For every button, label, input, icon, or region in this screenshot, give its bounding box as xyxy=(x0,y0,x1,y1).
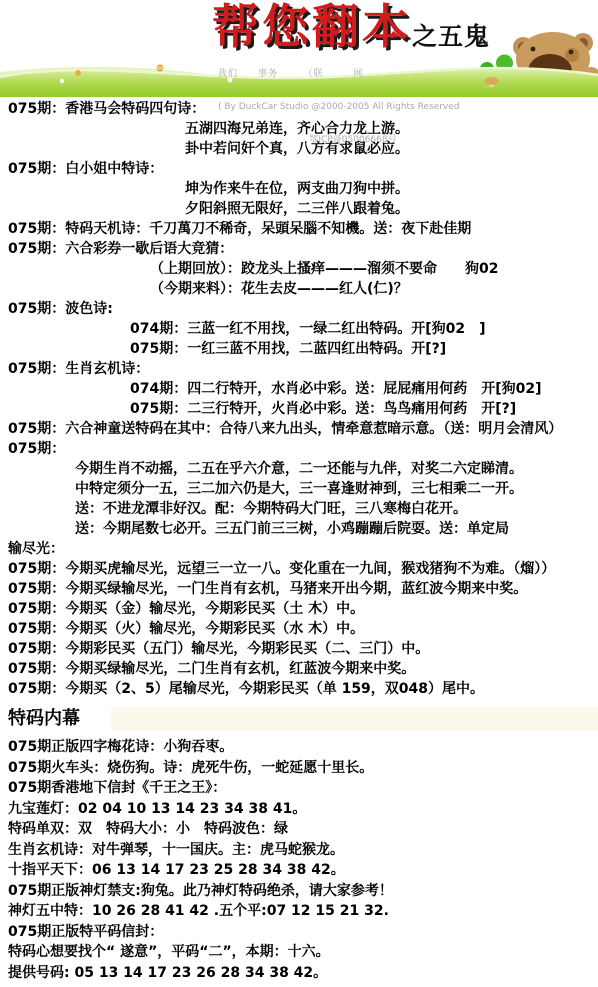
text-line: 075期：一红三蓝不用找，二蓝四红出特码。开[?] xyxy=(0,339,598,359)
text-line: 提供号码: 05 13 14 17 23 26 28 34 38 42。 xyxy=(0,963,598,984)
text-line: 075期：特码天机诗：千刀萬刀不稀奇，呆頭呆腦不知機。送：夜下赴佳期 xyxy=(0,219,598,239)
text-line: 坤为作来牛在位，两支曲刀狗中拼。 xyxy=(0,179,598,199)
text-line: 十指平天下：06 13 14 17 23 25 28 34 38 42。 xyxy=(0,860,598,881)
text-line: 075期：今期买绿输尽光，二门生肖有玄机，红蓝波今期来中奖。 xyxy=(0,659,598,679)
text-line: （上期回放）：跤龙头上搔痒———溜须不要命 狗02 xyxy=(0,259,598,279)
text-line: 075期：今期买绿输尽光，一门生肖有玄机，马猪来开出今期，蓝红波今期来中奖。 xyxy=(0,579,598,599)
text-line: 075期：六合神童送特码在其中：合待八来九出头，情牵意惹暗示意。（送：明月会清风… xyxy=(0,419,598,439)
text-line: 075期正版四字梅花诗：小狗吞枣。 xyxy=(0,737,598,758)
text-line: 075期火车头：烧伤狗。诗：虎死牛伤，一蛇延愿十里长。 xyxy=(0,758,598,779)
page-header: 我们 事务 （联 网 ( By DuckCar Studio @2000-200… xyxy=(0,0,598,97)
text-line: 075期：六合彩券一歇后语大竞猜： xyxy=(0,239,598,259)
text-line: 九宝莲灯：02 04 10 13 14 23 34 38 41。 xyxy=(0,799,598,820)
text-line: 075期：今期彩民买（五门）输尽光，今期彩民买（二、三门）中。 xyxy=(0,639,598,659)
text-line: 生肖玄机诗：对牛弹琴，十一国庆。主：虎马蛇猴龙。 xyxy=(0,840,598,861)
text-line: 今期生肖不动摇，二五在乎六介意，二一还能与九伴，对奖二六定睇清。 xyxy=(0,459,598,479)
masthead-fragment: 我们 事务 （联 网 xyxy=(218,69,488,80)
text-line: 夕阳斜照无限好，二三伴八跟着兔。 xyxy=(0,199,598,219)
text-line: 075期： xyxy=(0,439,598,459)
copyright-text: ( By DuckCar Studio @2000-2005 All Right… xyxy=(218,102,488,113)
text-line: 神灯五中特：10 26 28 41 42 .五个平:07 12 15 21 32… xyxy=(0,901,598,922)
site-title: 帮您翻本之五鬼 xyxy=(212,2,490,54)
text-line: 075期：今期买（金）输尽光，今期彩民买（土 木）中。 xyxy=(0,599,598,619)
text-line: （今期来料）：花生去皮———红人(仁)？ xyxy=(0,279,598,299)
text-line: 送：今期尾数七必开。三五门前三三树，小鸡蹦蹦后院耍。送：单定局 xyxy=(0,519,598,539)
text-line: 输尽光： xyxy=(0,539,598,559)
text-line: 074期：四二行特开，水肖必中彩。送：屁屁痛用何药 开[狗02] xyxy=(0,379,598,399)
text-line: 送：不进龙潭非好汉。配：今期特码大门旺，三八寒梅白花开。 xyxy=(0,499,598,519)
text-line: 075期：今期买虎输尽光，远望三一立一八。变化重在一九间，猴戏猪狗不为难。（熘）… xyxy=(0,559,598,579)
text-line: 075期：今期买（2、5）尾输尽光，今期彩民买（单 159，双048）尾中。 xyxy=(0,679,598,699)
text-line: 075期正版神灯禁支:狗兔。此乃神灯特码绝杀，请大家参考！ xyxy=(0,881,598,902)
text-line: 特码心想要找个“ 遂意”，平码“二”，本期：十六。 xyxy=(0,942,598,963)
text-line: 075期：波色诗: xyxy=(0,299,598,319)
text-line: 特码单双：双 特码大小：小 特码波色：绿 xyxy=(0,819,598,840)
site-title-suffix: 之五鬼 xyxy=(412,22,490,51)
text-line: 075期：今期买（火）输尽光，今期彩民买（水 木）中。 xyxy=(0,619,598,639)
text-line: 075期：生肖玄机诗： xyxy=(0,359,598,379)
text-line: 075期正版特平码信封： xyxy=(0,922,598,943)
text-line: 中特定须分一五，三二加六仍是大，三一喜逢财神到，三七相乘二一开。 xyxy=(0,479,598,499)
text-line: 074期：三蓝一红不用找，一绿二红出特码。开[狗02 ] xyxy=(0,319,598,339)
content-lines: 075期：香港马会特码四句诗：五湖四海兄弟连，齐心合力龙上游。卦中若问奸个真，八… xyxy=(0,97,598,983)
text-line: 075期：二三行特开，火肖必中彩。送：鸟鸟痛用何药 开[?] xyxy=(0,399,598,419)
site-title-main: 帮您翻本 xyxy=(212,0,412,55)
text-line: 075期香港地下信封《千王之王》： xyxy=(0,778,598,799)
section-heading: 特码内幕 xyxy=(0,707,598,731)
icp-number: 鄂ICP备05006668号 xyxy=(218,135,488,146)
masthead-text: 我们 事务 （联 网 ( By DuckCar Studio @2000-200… xyxy=(218,47,488,168)
